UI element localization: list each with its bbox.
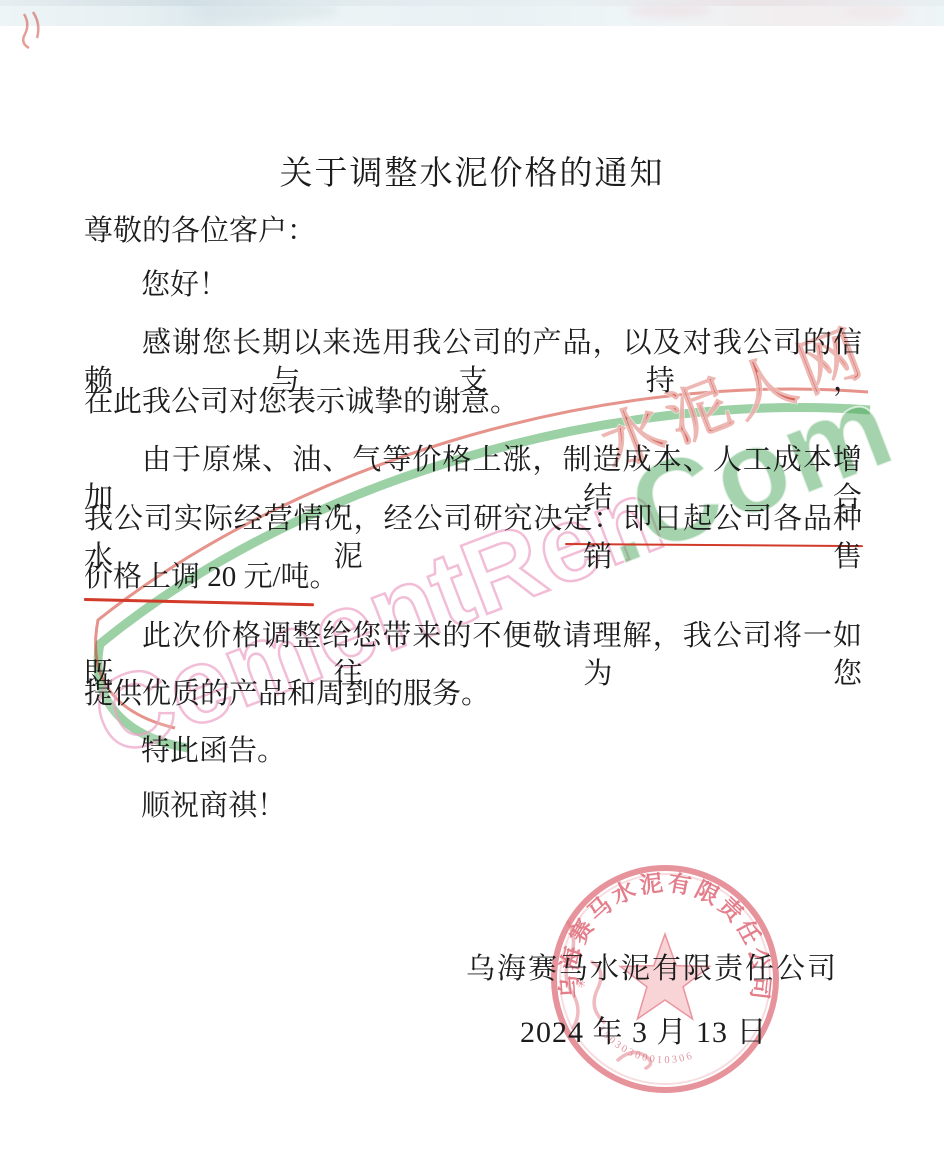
page-root: { "document": { "title": "关于调整水泥价格的通知", … bbox=[0, 0, 944, 1161]
salutation-line: 尊敬的各位客户： bbox=[84, 212, 862, 250]
body-line-apology-2: 提供优质的产品和周到的服务。 bbox=[84, 675, 862, 713]
body-line-price-increase: 价格上调 20 元/吨。 bbox=[84, 558, 862, 596]
greeting-line: 您好！ bbox=[141, 266, 919, 304]
signature-date: 2024 年 3 月 13 日 bbox=[520, 1007, 768, 1051]
closing-wish-line: 顺祝商祺！ bbox=[141, 787, 919, 825]
scan-smudge bbox=[842, 4, 908, 20]
body-line-thanks-2: 在此我公司对您表示诚挚的谢意。 bbox=[84, 383, 862, 421]
scan-smudge bbox=[190, 1, 340, 21]
scan-smudge bbox=[626, 3, 712, 18]
closing-notice-line: 特此函告。 bbox=[141, 732, 919, 770]
signature-company: 乌海赛马水泥有限责任公司 bbox=[466, 946, 838, 987]
emphasis-underline-2 bbox=[84, 598, 314, 606]
page-title: 关于调整水泥价格的通知 bbox=[0, 147, 944, 194]
scan-artifact-strip bbox=[0, 0, 944, 26]
